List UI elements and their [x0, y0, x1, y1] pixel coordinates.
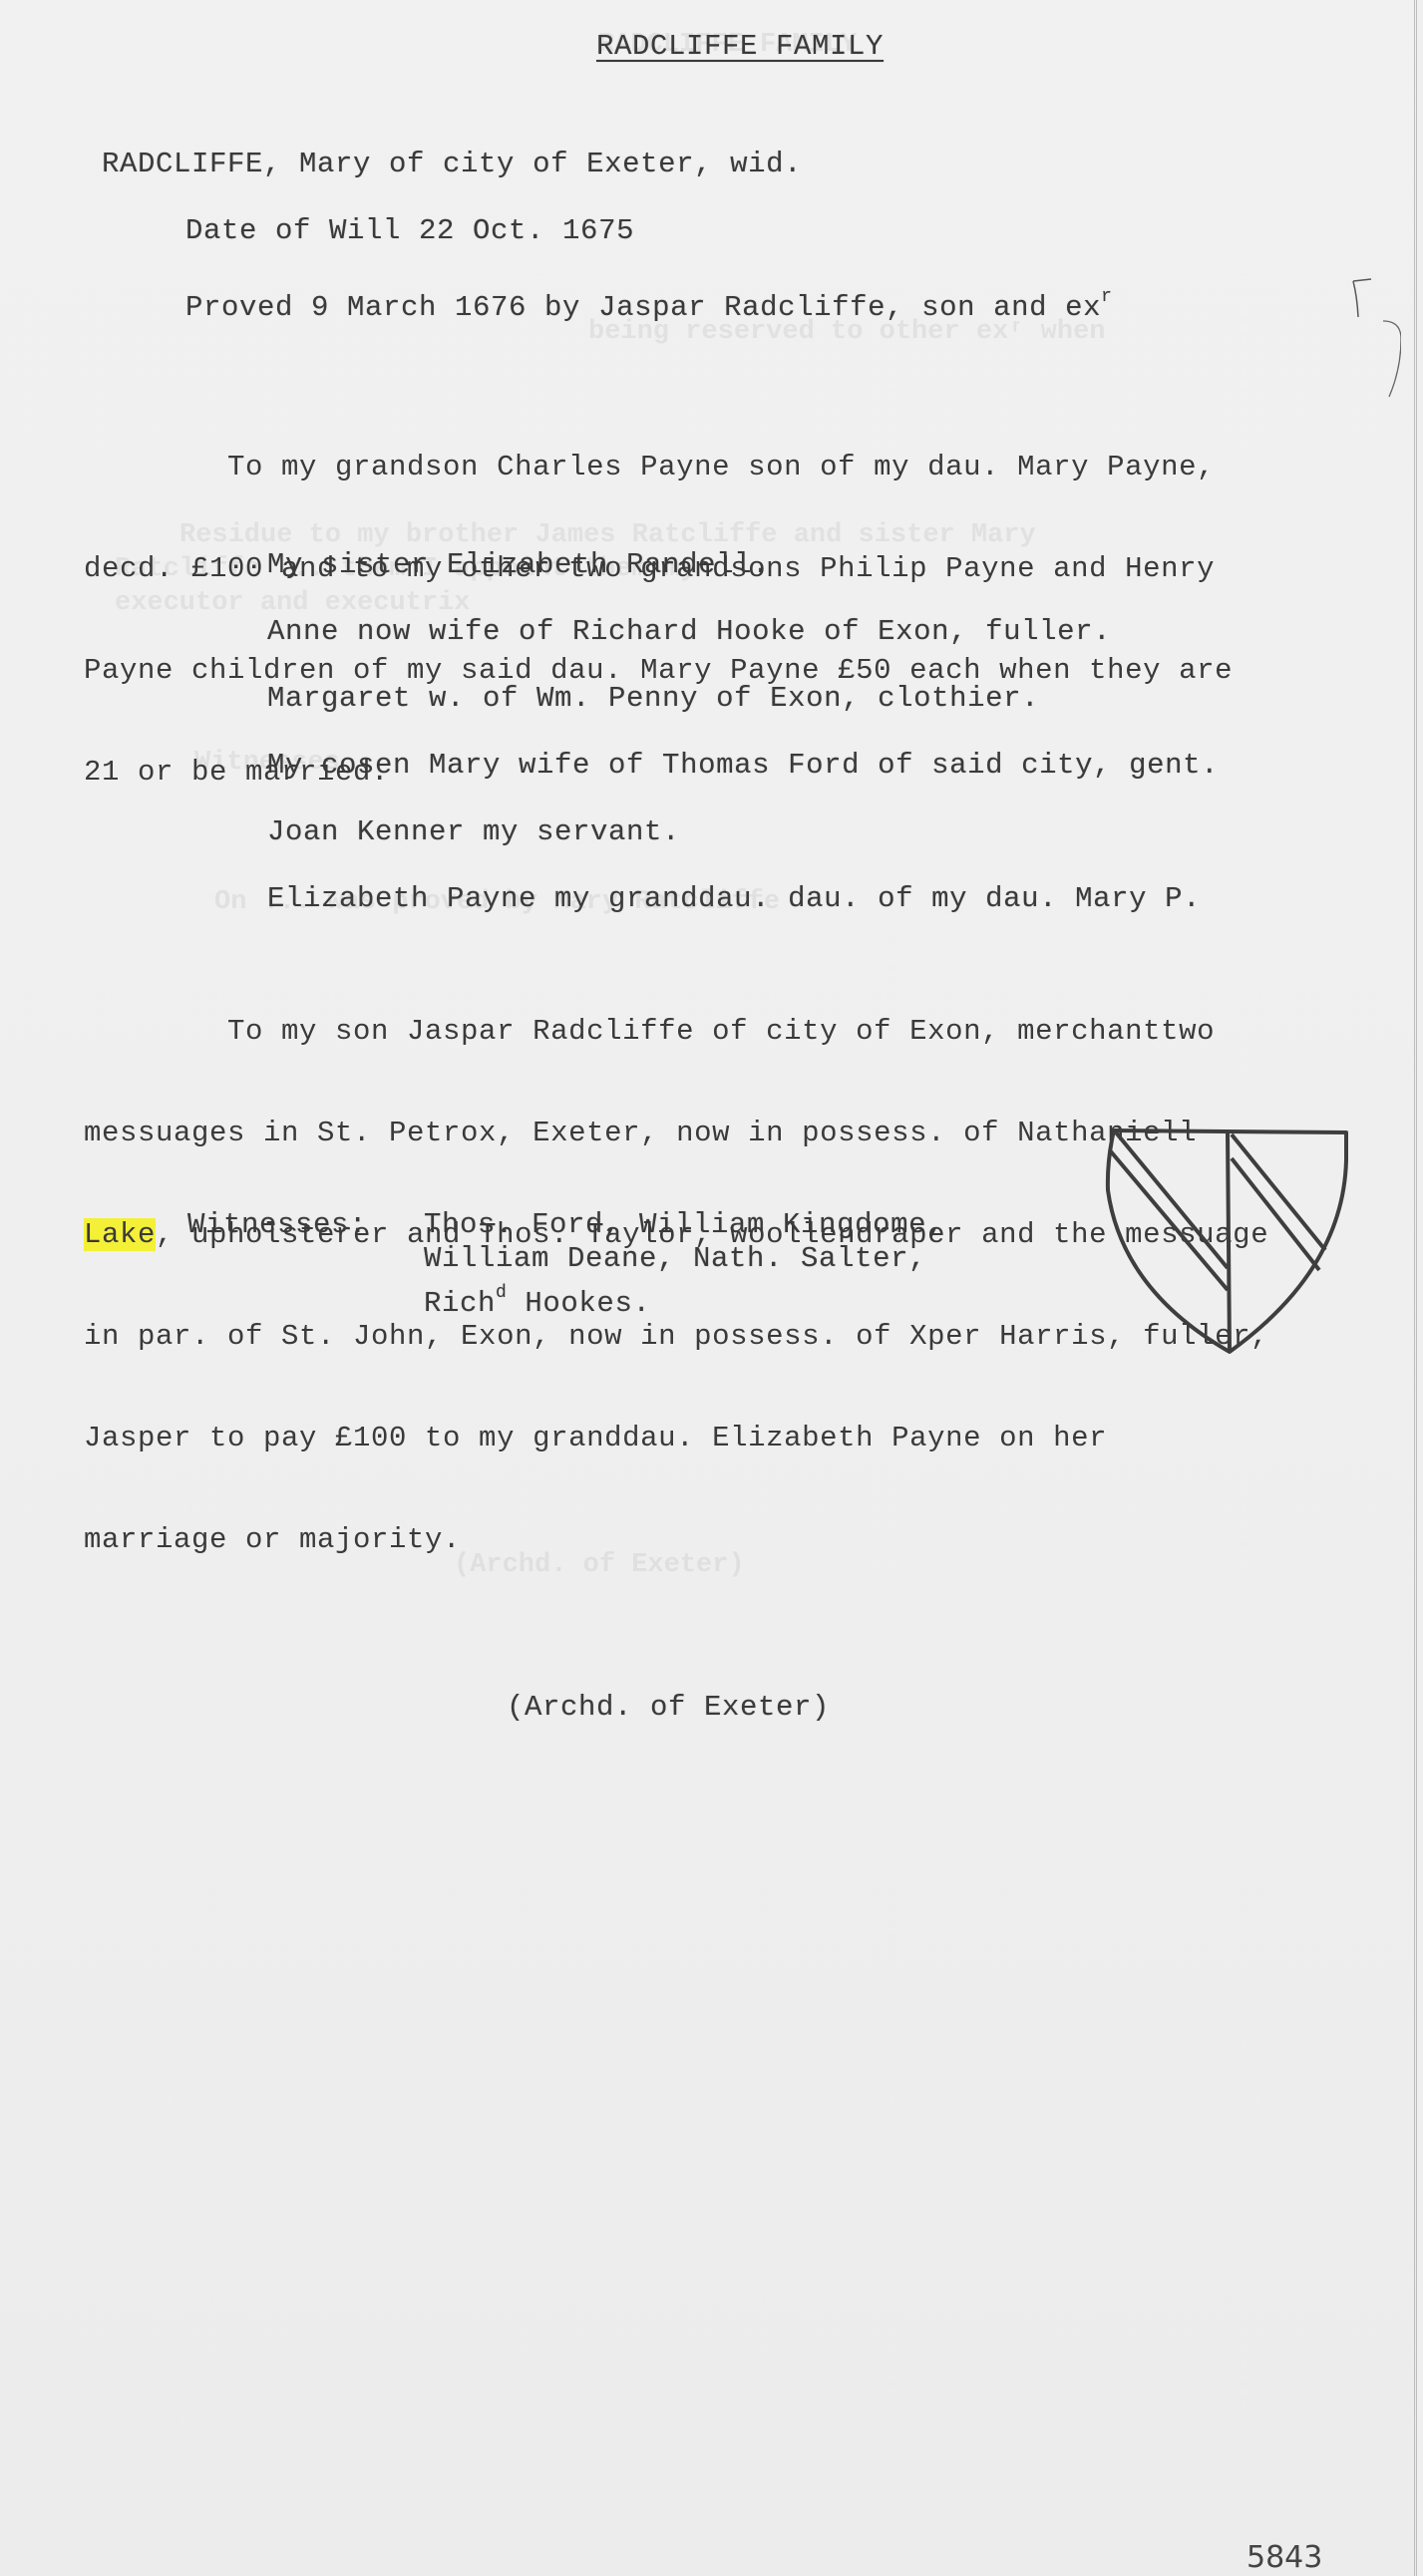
- paragraph-line: To my son Jaspar Radcliffe of city of Ex…: [84, 1015, 1420, 1049]
- witness-line: Richd Hookes.: [424, 1276, 650, 1321]
- proved-superscript: r: [1101, 287, 1112, 307]
- paragraph-line: marriage or majority.: [84, 1523, 1420, 1557]
- legatee-line: Anne now wife of Richard Hooke of Exon, …: [267, 615, 1111, 649]
- legatee-line: My cosen Mary wife of Thomas Ford of sai…: [267, 749, 1219, 783]
- date-of-will: Date of Will 22 Oct. 1675: [185, 214, 634, 248]
- highlighted-word: Lake: [84, 1218, 156, 1251]
- legatee-line: Margaret w. of Wm. Penny of Exon, clothi…: [267, 682, 1039, 716]
- paragraph-line: Jasper to pay £100 to my granddau. Eliza…: [84, 1422, 1420, 1455]
- document-title: RADCLIFFE FAMILY: [596, 30, 884, 64]
- testator-heading: RADCLIFFE, Mary of city of Exeter, wid.: [102, 148, 802, 181]
- court-reference: (Archd. of Exeter): [507, 1691, 830, 1725]
- witness-name-part: Hookes.: [507, 1287, 650, 1320]
- paragraph-line: To my grandson Charles Payne son of my d…: [84, 451, 1420, 484]
- legatee-line: Elizabeth Payne my granddau. dau. of my …: [267, 882, 1201, 916]
- proved-line: Proved 9 March 1676 by Jaspar Radcliffe,…: [185, 280, 1113, 325]
- legatee-line: My sister Elizabeth Randell.: [267, 548, 770, 582]
- witness-superscript: d: [496, 1283, 507, 1303]
- witness-name-part: Rich: [424, 1287, 496, 1320]
- legatee-line: Joan Kenner my servant.: [267, 815, 680, 849]
- witnesses-label: Witnesses:: [187, 1208, 367, 1242]
- bracket-mark-icon: [1331, 269, 1401, 399]
- witness-line: William Deane, Nath. Salter,: [424, 1242, 926, 1276]
- shield-per-pale-bend-icon: [1102, 1121, 1351, 1360]
- document-page: RADCLIFFE FAMILY being reserved to other…: [0, 0, 1417, 2576]
- witness-line: Thos. Ford, William Kingdome,: [424, 1208, 944, 1242]
- proved-text: Proved 9 March 1676 by Jaspar Radcliffe,…: [185, 291, 1101, 324]
- page-number: 5843: [1246, 2540, 1322, 2575]
